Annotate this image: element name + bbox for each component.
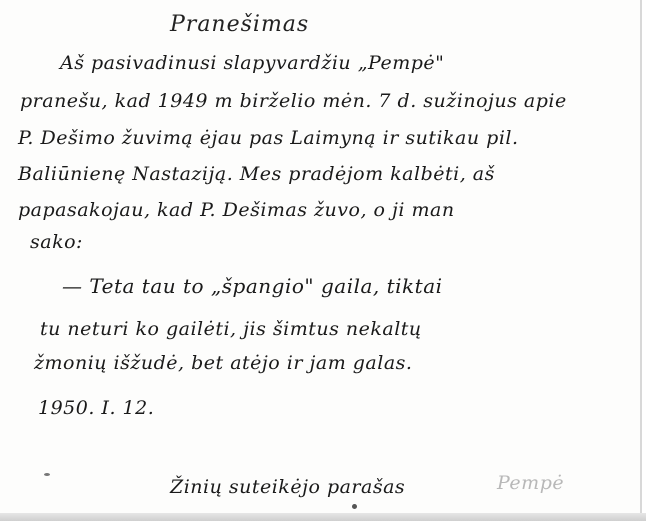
quote-line-1: — Teta tau to „špangio" gaila, tiktai (62, 274, 443, 298)
quote-line-3: žmonių išžudė, bet atėjo ir jam galas. (34, 352, 412, 374)
text-line-2: pranešu, kad 1949 m birželio mėn. 7 d. s… (20, 90, 567, 112)
document-date: 1950. I. 12. (38, 397, 154, 419)
quote-line-2: tu neturi ko gailėti, jis šimtus nekaltų (40, 318, 422, 340)
text-line-5: papasakojau, kad P. Dešimas žuvo, o ji m… (18, 199, 455, 221)
text-line-6: sako: (30, 231, 83, 253)
scan-edge (0, 513, 646, 521)
ink-mark (352, 504, 357, 509)
handwritten-report-page: Pranešimas Aš pasivadinusi slapyvardžiu … (0, 0, 642, 515)
signature-label: Žinių suteikėjo parašas (170, 476, 405, 498)
text-line-4: Baliūnienę Nastaziją. Mes pradėjom kalbė… (18, 163, 495, 185)
ink-mark (44, 473, 50, 476)
document-title: Pranešimas (170, 12, 309, 37)
text-line-3: P. Dešimo žuvimą ėjau pas Laimyną ir sut… (18, 127, 519, 149)
text-line-1: Aš pasivadinusi slapyvardžiu „Pempė" (60, 52, 444, 74)
signature-name: Pempė (497, 472, 564, 494)
